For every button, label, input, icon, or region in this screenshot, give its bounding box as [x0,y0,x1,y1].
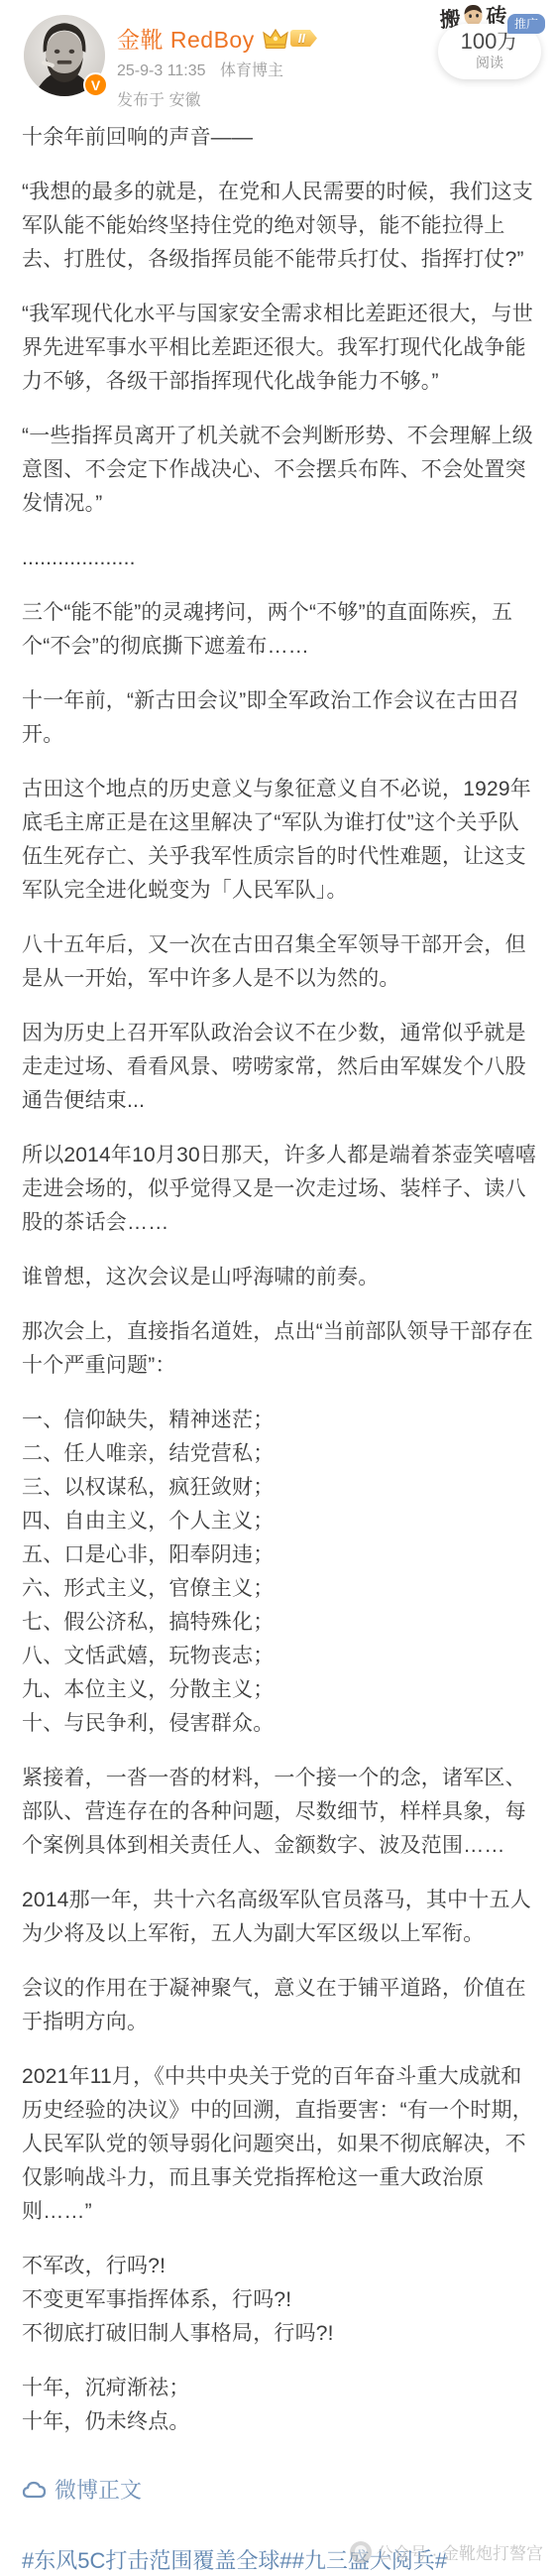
post-body: 十余年前回响的声音——“我想的最多的就是，在党和人民需要的时候，我们这支军队能不… [0,115,555,2439]
user-tag: 体育博主 [220,62,283,79]
post-paragraph: 谁曾想，这次会议是山呼海啸的前奏。 [22,1261,537,1294]
hashtag-link[interactable]: #东风5C打击范围覆盖全球# [22,2548,292,2573]
post-header: V 金靴 RedBoy II 25-9-3 11:35 体育博主 发布于 安徽 [0,0,555,115]
slogan-line: 不军改，行吗?! [22,2250,537,2283]
post-paragraph: 三个“能不能”的灵魂拷问，两个“不够”的直面陈疾，五个“不会”的彻底撕下遮羞布…… [22,596,537,664]
post-paragraph: 十余年前回响的声音—— [22,121,537,155]
problem-list-item: 一、信仰缺失，精神迷茫； [22,1404,537,1437]
problem-list-item: 五、口是心非，阳奉阴违； [22,1538,537,1572]
problem-list-item: 九、本位主义，分散主义； [22,1673,537,1707]
post-paragraph: 古田这个地点的历史意义与象征意义自不必说，1929年底毛主席正是在这里解决了“军… [22,773,537,908]
post-paragraph: “我军现代化水平与国家安全需求相比差距还很大，与世界先进军事水平相比差距还很大。… [22,298,537,399]
ten-problems-list: 一、信仰缺失，精神迷茫；二、任人唯亲，结党营私；三、以权谋私，疯狂敛财；四、自由… [22,1404,537,1741]
crown-icon [263,28,288,50]
article-link-label: 微博正文 [55,2474,142,2505]
coda-lines: 十年，沉疴渐祛；十年，仍未终点。 [22,2372,537,2439]
slogan-lines: 不军改，行吗?!不变更军事指挥体系，行吗?!不彻底打破旧制人事格局，行吗?! [22,2250,537,2351]
problem-list-item: 六、形式主义，官僚主义； [22,1572,537,1606]
problem-list-item: 三、以权谋私，疯狂敛财； [22,1471,537,1505]
wechat-account-icon [350,2541,372,2563]
reads-badge[interactable]: 推广 100万 阅读 [438,24,541,79]
post-paragraph: 2014那一年，共十六名高级军队官员落马，其中十五人为少将及以上军衔，五人为副大… [22,1884,537,1951]
timestamp: 25-9-3 11:35 [117,62,206,79]
cloud-icon [22,2480,48,2500]
weibo-post-page: V 金靴 RedBoy II 25-9-3 11:35 体育博主 发布于 安徽 [0,0,555,2576]
slogan-line: 不变更军事指挥体系，行吗?! [22,2283,537,2317]
avatar[interactable]: V [24,15,105,96]
post-paragraph: 所以2014年10月30日那天，许多人都是端着茶壶笑嘻嘻走进会场的，似乎觉得又是… [22,1139,537,1240]
vip-crown-badge[interactable]: II [263,28,317,50]
vip-level-label: II [290,30,317,47]
watermark-label: 公众号 · 金靴炮打謷宫 [377,2539,543,2564]
post-location: 发布于 安徽 [117,88,537,114]
coda-line: 十年，沉疴渐祛； [22,2372,537,2405]
problem-list-item: 二、任人唯亲，结党营私； [22,1437,537,1471]
paragraph-group-mid: 紧接着，一沓一沓的材料，一个接一个的念，诸军区、部队、营连存在的各种问题，尽数细… [22,1762,537,2229]
watermark: 公众号 · 金靴炮打謷宫 [350,2539,543,2564]
weibo-article-link[interactable]: 微博正文 [0,2460,555,2505]
paragraph-group-top: 十余年前回响的声音——“我想的最多的就是，在党和人民需要的时候，我们这支军队能不… [22,121,537,1383]
username[interactable]: 金靴 RedBoy [117,22,255,55]
post-paragraph: 因为历史上召开军队政治会议不在少数，通常似乎就是走走过场、看看风景、唠唠家常，然… [22,1017,537,1118]
post-paragraph: 十一年前，“新古田会议”即全军政治工作会议在古田召开。 [22,684,537,752]
post-paragraph: ................... [22,542,537,575]
post-paragraph: “我想的最多的就是，在党和人民需要的时候，我们这支军队能不能始终坚持住党的绝对领… [22,176,537,277]
post-paragraph: “一些指挥员离开了机关就不会判断形势、不会理解上级意图、不会定下作战决心、不会摆… [22,420,537,521]
problem-list-item: 八、文恬武嬉，玩物丧志； [22,1640,537,1673]
slogan-line: 不彻底打破旧制人事格局，行吗?! [22,2317,537,2351]
coda-line: 十年，仍未终点。 [22,2405,537,2439]
post-paragraph: 紧接着，一沓一沓的材料，一个接一个的念，诸军区、部队、营连存在的各种问题，尽数细… [22,1762,537,1863]
promo-tag: 推广 [507,14,545,34]
post-paragraph: 2021年11月，《中共中央关于党的百年奋斗重大成就和历史经验的决议》中的回溯，… [22,2060,537,2229]
problem-list-item: 四、自由主义，个人主义； [22,1505,537,1538]
post-paragraph: 八十五年后，又一次在古田召集全军领导干部开会，但是从一开始，军中许多人是不以为然… [22,928,537,996]
problem-list-item: 十、与民争利，侵害群众。 [22,1707,537,1741]
post-paragraph: 那次会上，直接指名道姓，点出“当前部队领导干部存在十个严重问题”： [22,1315,537,1383]
post-paragraph: 会议的作用在于凝神聚气，意义在于铺平道路，价值在于指明方向。 [22,1972,537,2039]
header-top-right: 搬 砖 推广 100万 阅读 [400,0,549,85]
reads-label: 阅读 [438,54,541,71]
problem-list-item: 七、假公济私，搞特殊化； [22,1606,537,1640]
verified-badge-icon: V [83,72,108,97]
